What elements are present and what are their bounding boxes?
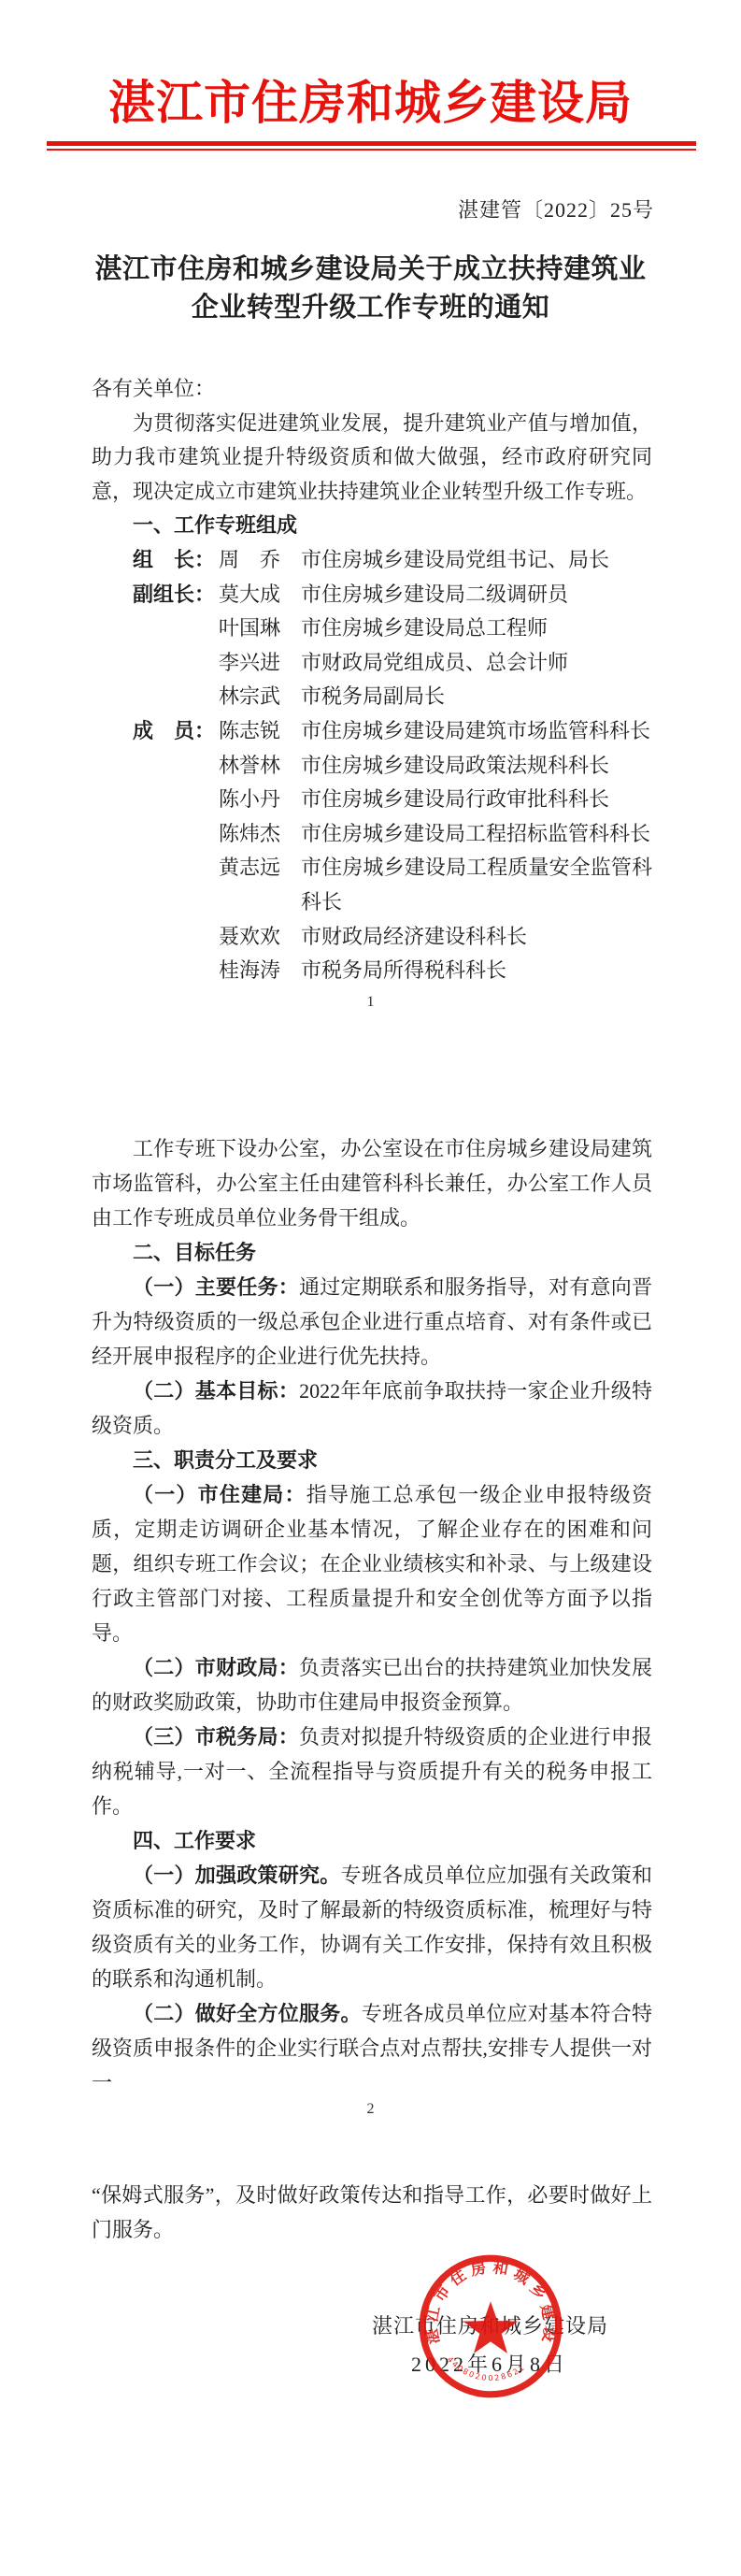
roster-label (133, 646, 219, 681)
document-title-line2: 企业转型升级工作专班的通知 (56, 289, 685, 327)
document-title-line1: 湛江市住房和城乡建设局关于成立扶持建筑业 (56, 251, 685, 289)
page1-body: 各有关单位： 为贯彻落实促进建筑业发展，提升建筑业产值与增加值，助力我市建筑业提… (92, 372, 652, 988)
roster-row: 桂海涛 市税务局所得税科科长 (92, 954, 652, 988)
item-lead: （二）市财政局： (133, 1656, 299, 1679)
intro-paragraph: 为贯彻落实促进建筑业发展，提升建筑业产值与增加值，助力我市建筑业提升特级资质和做… (92, 407, 652, 510)
roster-name: 林誉林 (219, 749, 301, 784)
roster-title: 市住房城乡建设局总工程师 (301, 612, 652, 646)
roster-title: 市财政局党组成员、总会计师 (301, 646, 652, 681)
roster-name: 陈志锐 (219, 714, 301, 749)
page2-number: 2 (0, 2100, 741, 2119)
roster-title: 市住房城乡建设局二级调研员 (301, 578, 652, 612)
section3-heading: 三、职责分工及要求 (92, 1443, 652, 1477)
roster-title: 市税务局副局长 (301, 680, 652, 714)
section4-item: （二）做好全方位服务。专班各成员单位应对基本符合特级资质申报条件的企业实行联合点… (92, 1996, 652, 2100)
roster-title: 市住房城乡建设局工程招标监管科科长 (301, 817, 652, 852)
roster-label: 成 员： (133, 714, 219, 749)
roster-row: 陈小丹 市住房城乡建设局行政审批科科长 (92, 783, 652, 817)
roster-label (133, 817, 219, 852)
item-lead: （一）市住建局： (133, 1483, 306, 1506)
section2-item: （一）主要任务：通过定期联系和服务指导，对有意向晋升为特级资质的一级总承包企业进… (92, 1270, 652, 1374)
roster-title: 市财政局经济建设科科长 (301, 920, 652, 955)
roster-row: 陈炜杰 市住房城乡建设局工程招标监管科科长 (92, 817, 652, 852)
letterhead-divider (47, 141, 696, 151)
roster-label (133, 954, 219, 988)
section3-item: （三）市税务局：负责对拟提升特级资质的企业进行申报纳税辅导,一对一、全流程指导与… (92, 1720, 652, 1823)
item-lead: （三）市税务局： (133, 1725, 299, 1749)
section4-item: （一）加强政策研究。专班各成员单位应加强有关政策和资质标准的研究，及时了解最新的… (92, 1858, 652, 1996)
roster-name: 陈炜杰 (219, 817, 301, 852)
section3-item: （一）市住建局：指导施工总承包一级企业申报特级资质，定期走访调研企业基本情况，了… (92, 1477, 652, 1650)
section4-heading: 四、工作要求 (92, 1823, 652, 1858)
roster-row: 李兴进 市财政局党组成员、总会计师 (92, 646, 652, 681)
roster-name: 陈小丹 (219, 783, 301, 817)
roster-row: 黄志远 市住房城乡建设局工程质量安全监管科科长 (92, 851, 652, 919)
roster-label: 副组长： (133, 578, 219, 612)
signature-date: 2022年6月8日 (411, 2351, 568, 2379)
roster-name: 叶国琳 (219, 612, 301, 646)
roster-name: 周 乔 (219, 543, 301, 578)
divider-thin-line (47, 149, 696, 151)
section2-item: （二）基本目标：2022年年底前争取扶持一家企业升级特级资质。 (92, 1374, 652, 1443)
document-number: 湛建管〔2022〕25号 (458, 196, 654, 224)
closing-paragraph: “保姆式服务”，及时做好政策传达和指导工作，必要时做好上门服务。 (92, 2179, 652, 2247)
roster-label (133, 783, 219, 817)
document-title: 湛江市住房和城乡建设局关于成立扶持建筑业 企业转型升级工作专班的通知 (56, 251, 685, 327)
roster-label (133, 851, 219, 919)
roster-row: 副组长： 莫大成 市住房城乡建设局二级调研员 (92, 578, 652, 612)
item-lead: （一）加强政策研究。 (133, 1864, 341, 1887)
office-paragraph: 工作专班下设办公室，办公室设在市住房城乡建设局建筑市场监管科，办公室主任由建管科… (92, 1131, 652, 1235)
roster-title: 市住房城乡建设局政策法规科科长 (301, 749, 652, 784)
roster-row: 叶国琳 市住房城乡建设局总工程师 (92, 612, 652, 646)
section2-heading: 二、目标任务 (92, 1235, 652, 1270)
item-lead: （一）主要任务： (133, 1275, 299, 1299)
roster-name: 林宗武 (219, 680, 301, 714)
section1-heading: 一、工作专班组成 (92, 509, 652, 543)
roster-name: 桂海涛 (219, 954, 301, 988)
roster-label (133, 920, 219, 955)
roster-row: 成 员： 陈志锐 市住房城乡建设局建筑市场监管科科长 (92, 714, 652, 749)
roster-name: 黄志远 (219, 851, 301, 919)
roster-title: 市税务局所得税科科长 (301, 954, 652, 988)
page1-number: 1 (0, 993, 741, 1012)
section3-item: （二）市财政局：负责落实已出台的扶持建筑业加快发展的财政奖励政策，协助市住建局申… (92, 1650, 652, 1720)
roster-row: 林誉林 市住房城乡建设局政策法规科科长 (92, 749, 652, 784)
roster-title: 市住房城乡建设局工程质量安全监管科科长 (301, 851, 652, 919)
salutation: 各有关单位： (92, 372, 652, 407)
roster-row: 林宗武 市税务局副局长 (92, 680, 652, 714)
divider-thick-line (47, 141, 696, 146)
page3-body: “保姆式服务”，及时做好政策传达和指导工作，必要时做好上门服务。 (92, 2179, 652, 2247)
roster-label (133, 680, 219, 714)
roster-name: 聂欢欢 (219, 920, 301, 955)
roster-row: 聂欢欢 市财政局经济建设科科长 (92, 920, 652, 955)
item-text: 指导施工总承包一级企业申报特级资质，定期走访调研企业基本情况，了解企业存在的困难… (92, 1483, 652, 1645)
roster-name: 莫大成 (219, 578, 301, 612)
roster-label: 组 长： (133, 543, 219, 578)
roster-title: 市住房城乡建设局行政审批科科长 (301, 783, 652, 817)
item-lead: （二）基本目标： (133, 1379, 299, 1403)
roster-label (133, 612, 219, 646)
roster-label (133, 749, 219, 784)
roster-row: 组 长： 周 乔 市住房城乡建设局党组书记、局长 (92, 543, 652, 578)
letterhead-org-name: 湛江市住房和城乡建设局 (0, 75, 741, 131)
roster-title: 市住房城乡建设局建筑市场监管科科长 (301, 714, 652, 749)
roster-title: 市住房城乡建设局党组书记、局长 (301, 543, 652, 578)
page2-body: 工作专班下设办公室，办公室设在市住房城乡建设局建筑市场监管科，办公室主任由建管科… (92, 1131, 652, 2100)
item-lead: （二）做好全方位服务。 (133, 2002, 362, 2025)
official-document-page: 湛江市住房和城乡建设局 湛建管〔2022〕25号 湛江市住房和城乡建设局关于成立… (0, 0, 741, 2576)
signature-org: 湛江市住房和城乡建设局 (372, 2312, 608, 2340)
roster-name: 李兴进 (219, 646, 301, 681)
